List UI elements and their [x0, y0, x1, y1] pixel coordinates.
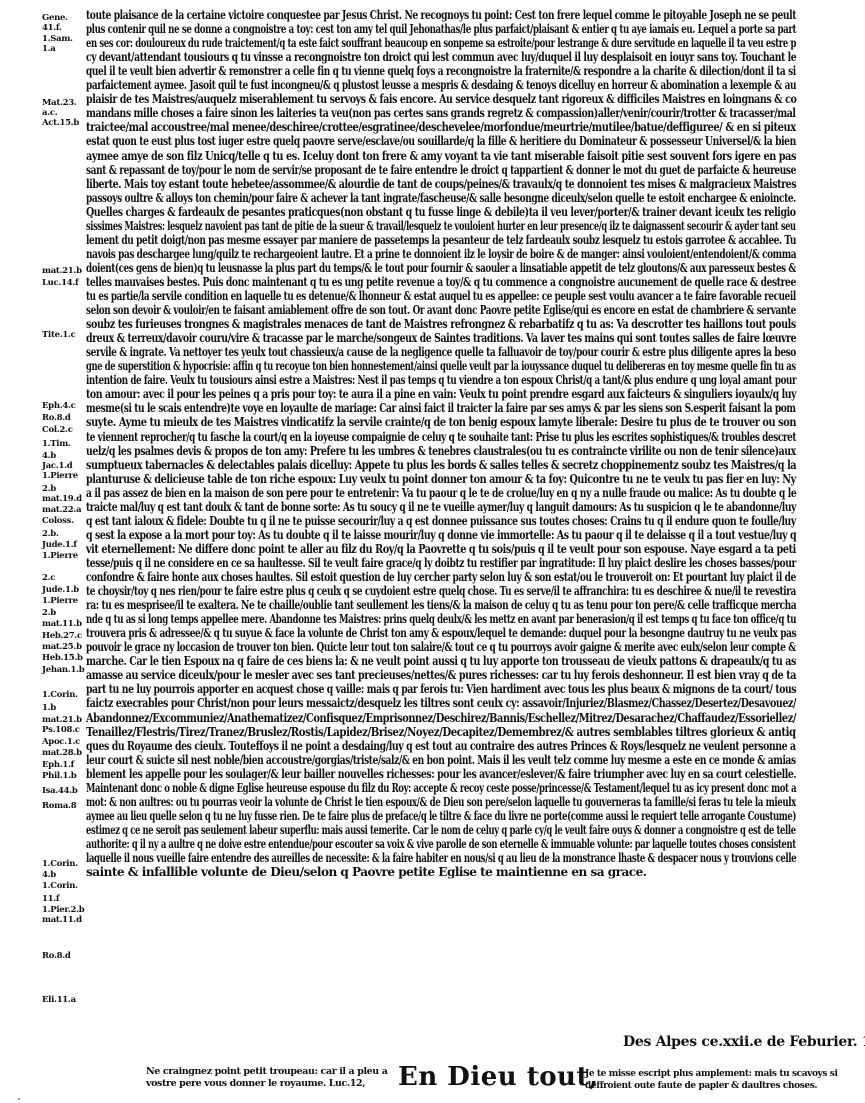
text-line: liberte. Mais toy estant toute hebetee/a…	[86, 177, 796, 191]
scan-speck	[537, 1072, 539, 1074]
text-line: te viennent reprocher/q tu fasche la cou…	[86, 430, 796, 444]
text-line: aymee au lieu quelle selon q tu ne luy f…	[86, 809, 796, 823]
text-line: ques du Royaume des cieulx. Touteffoys i…	[86, 739, 796, 753]
text-line: en ses cor: douloureux du rude traicteme…	[86, 36, 796, 50]
margin-reference: Isa.44.b	[42, 787, 78, 796]
text-line: passoys oultre & alloys ton chemin/pour …	[86, 191, 796, 205]
text-line: estat quon te eust plus tost iuger estre…	[86, 134, 796, 148]
text-line: mandans mille choses a faire sinon les l…	[86, 106, 796, 120]
text-line: selon son devoir & vouloir/en te faisant…	[86, 303, 796, 317]
text-line: sumptueux tabernacles & delectables pala…	[86, 458, 796, 472]
text-line: laquelle il nous vueille faire entendre …	[86, 851, 796, 865]
text-line: toute plaisance de la certaine victoire …	[86, 8, 796, 22]
margin-reference: 4.b	[42, 452, 56, 461]
margin-reference: Mat.23.	[42, 99, 77, 108]
margin-reference: Ro.8.d	[42, 414, 71, 423]
margin-reference: 41.f.	[42, 24, 62, 33]
margin-reference: mat.19.d	[42, 495, 82, 504]
margin-reference: a.c.	[42, 109, 57, 118]
margin-reference: 4.b	[42, 871, 56, 880]
text-line: suyte. Ayme tu mieulx de tes Maistres vi…	[86, 415, 796, 429]
margin-reference: mat.28.b	[42, 749, 82, 758]
margin-reference: Ro.8.d	[42, 952, 71, 961]
text-line: cy devant/attendant tousiours q tu vinss…	[86, 50, 796, 64]
motto: En Dieu tout,	[398, 1062, 599, 1092]
margin-reference: 1.Sam.	[42, 35, 73, 44]
margin-reference: Luc.14.f	[42, 279, 78, 288]
text-line: plaisir de tes Maistres/auquelz miserabl…	[86, 92, 796, 106]
text-line: aymee amye de son filz Unicq/telle q tu …	[86, 149, 796, 163]
text-line: blement les appelle pour les soulager/& …	[86, 767, 796, 781]
text-line: ton amour: avec il pour les peines q a p…	[86, 387, 796, 401]
margin-reference: Tite.1.c	[42, 331, 76, 340]
text-line: Maintenant donc o noble & digne Eglise h…	[86, 781, 796, 795]
margin-reference: Jehan.1.b	[42, 666, 84, 675]
text-line: leur court & suicte sil nest noble/bien …	[86, 753, 796, 767]
margin-reference: Heb.27.c	[42, 632, 82, 641]
margin-reference: mat.21.b	[42, 716, 82, 725]
text-line: estimez q ce ne seroit pas seulement lab…	[86, 823, 796, 837]
text-line: pouvoir le grace ny loccasion de trouver…	[86, 640, 796, 654]
margin-reference: Jude.1.b	[42, 586, 79, 595]
text-line: traicte mal/luy q est tant doulx & tant …	[86, 500, 796, 514]
margin-reference: Act.15.b	[42, 119, 79, 128]
text-line: q est tant ialoux & fidele: Doubte tu q …	[86, 514, 796, 528]
text-line: parfaictement aymee. Jasoit quil te fust…	[86, 78, 796, 92]
margin-reference: mat.22.a	[42, 506, 81, 515]
margin-reference: Apoc.1.c	[42, 738, 80, 747]
margin-reference: 2.c	[42, 574, 55, 583]
text-line: amasse au service diceulx/pour le mesler…	[86, 668, 796, 682]
text-line: authorite: q il ny a aultre q ne doive e…	[86, 837, 796, 851]
footer-right-line: deffroient oute faute de papier & daultr…	[585, 1080, 837, 1092]
text-line: part tu ne luy pourrois apporter en acqu…	[86, 682, 796, 696]
text-line: telles mauvaises bestes. Puis donc maint…	[86, 275, 796, 289]
text-line: faictz execrables pour Christ/non pour l…	[86, 696, 796, 710]
text-line: sant & repassant de toy/pour le nom de s…	[86, 163, 796, 177]
text-line: mesme(si tu le scais entendre)te voye en…	[86, 401, 796, 415]
text-line: a il pas assez de bien en la maison de s…	[86, 486, 796, 500]
margin-reference: 1.Pierre	[42, 552, 78, 561]
text-line: soubz tes furieuses trongnes & magistral…	[86, 317, 796, 331]
text-line: vit eternellement: Ne differe donc point…	[86, 542, 796, 556]
text-line: tu es partie/la servile condition en laq…	[86, 289, 796, 303]
text-line: navois pas deschargee lung/quilz te rech…	[86, 247, 796, 261]
margin-reference: mat.11.b	[42, 620, 82, 629]
text-line: intention de faire. Veulx tu tousiours a…	[86, 373, 796, 387]
text-line: te choysir/toy q nes rien/pour te faire …	[86, 584, 796, 598]
text-line: lement du petit doigt/non pas mesme essa…	[86, 233, 796, 247]
margin-reference: 1.Pierre	[42, 597, 78, 606]
margin-reference: Roma.8	[42, 802, 76, 811]
text-line: planturuse & delicieuse table de ton ric…	[86, 472, 796, 486]
text-line: traictee/mal accoustree/mal menee/deschi…	[86, 120, 796, 134]
margin-reference: 1.Pierre	[42, 472, 78, 481]
margin-reference: Coloss.	[42, 517, 74, 526]
margin-reference: Jac.1.d	[42, 462, 72, 471]
margin-reference: 1.a	[42, 45, 55, 54]
text-line: q sest la expose a la mort pour toy: As …	[86, 528, 796, 542]
margin-reference: 2.b	[42, 609, 56, 618]
text-line: Quelles charges & fardeaulx de pesantes …	[86, 205, 796, 219]
margin-reference: 1.Corin.	[42, 691, 78, 700]
text-line: ra: tu es mesprisee/il te exaltera. Ne t…	[86, 598, 796, 612]
text-line: uelz/q les psalmes devis & propos de ton…	[86, 444, 796, 458]
text-line: plus contenir quil ne se donne a congnoi…	[86, 22, 796, 36]
text-line: marche. Car le tien Espoux na q faire de…	[86, 654, 796, 668]
margin-reference: Phil.1.b	[42, 772, 76, 781]
margin-reference: 1.Pier.2.b	[42, 906, 84, 915]
margin-reference: 1.b	[42, 704, 56, 713]
footer-right-line: Je te misse escript plus amplement: mais…	[585, 1068, 837, 1080]
margin-reference: Eph.4.c	[42, 402, 76, 411]
margin-reference: Eph.1.f	[42, 761, 74, 770]
text-line: confondre & faire honte aux choses hault…	[86, 570, 796, 584]
text-line: gne de superstition & hypocrisie: affin …	[86, 359, 796, 373]
margin-reference: mat.25.b	[42, 643, 82, 652]
scanned-page: Gene.41.f.1.Sam.1.aMat.23.a.c.Act.15.bma…	[0, 0, 865, 1103]
margin-reference: 2.b.	[42, 530, 59, 539]
text-line: nde q tu as si long temps appellee mere.…	[86, 612, 796, 626]
text-line: dreux & terreux/davoir couru/vire & trac…	[86, 331, 796, 345]
scan-speck	[332, 1068, 334, 1070]
text-line: Tenaillez/Flestris/Tirez/Tranez/Bruslez/…	[86, 725, 796, 739]
margin-reference: Eli.11.a	[42, 996, 76, 1005]
margin-reference: Heb.15.b	[42, 654, 83, 663]
margin-reference: 2.b	[42, 485, 56, 494]
margin-reference: mat.11.d	[42, 916, 82, 925]
text-line: servile & ingrate. Va nettoyer tes yeulx…	[86, 345, 796, 359]
margin-reference: Col.2.c	[42, 426, 73, 435]
margin-reference: Ps.108.c	[42, 726, 80, 735]
footer-right-note: Je te misse escript plus amplement: mais…	[585, 1068, 837, 1092]
text-line: tesse/puis q il ne considere en ce sa ha…	[86, 556, 796, 570]
closing-date: Des Alpes ce.xxii.e de Feburier. 1 5 3 5	[623, 1034, 865, 1050]
footer-left-quote: Ne craingnez point petit troupeau: car i…	[146, 1066, 387, 1090]
text-line: sainte & infallible volunte de Dieu/selo…	[86, 865, 646, 879]
margin-reference: 1.Tim.	[42, 440, 71, 449]
text-line: Abandonnez/Excommuniez/Anathematizez/Con…	[86, 711, 796, 725]
margin-reference: Jude.1.f	[42, 541, 77, 550]
margin-reference: Gene.	[42, 14, 68, 23]
text-line: quel il te veult bien advertir & remonst…	[86, 64, 796, 78]
footer-left-line: vostre pere vous donner le royaume. Luc.…	[146, 1078, 387, 1090]
margin-reference: mat.21.b	[42, 267, 82, 276]
scan-speck	[18, 1098, 20, 1100]
margin-reference: 1.Corin.	[42, 882, 78, 891]
margin-reference: 1.Corin.	[42, 860, 78, 869]
footer-left-line: Ne craingnez point petit troupeau: car i…	[146, 1066, 387, 1078]
text-line: doient(ces gens de bien)q tu leusnasse l…	[86, 261, 796, 275]
margin-reference: 11.f	[42, 895, 59, 904]
text-line: sissimes Maistres: lesquelz navoient pas…	[86, 219, 796, 233]
text-line: mot: & non aultres: ou tu pourras veoir …	[86, 795, 796, 809]
text-line: trouvera pris & adressee/& q tu suyue & …	[86, 626, 796, 640]
